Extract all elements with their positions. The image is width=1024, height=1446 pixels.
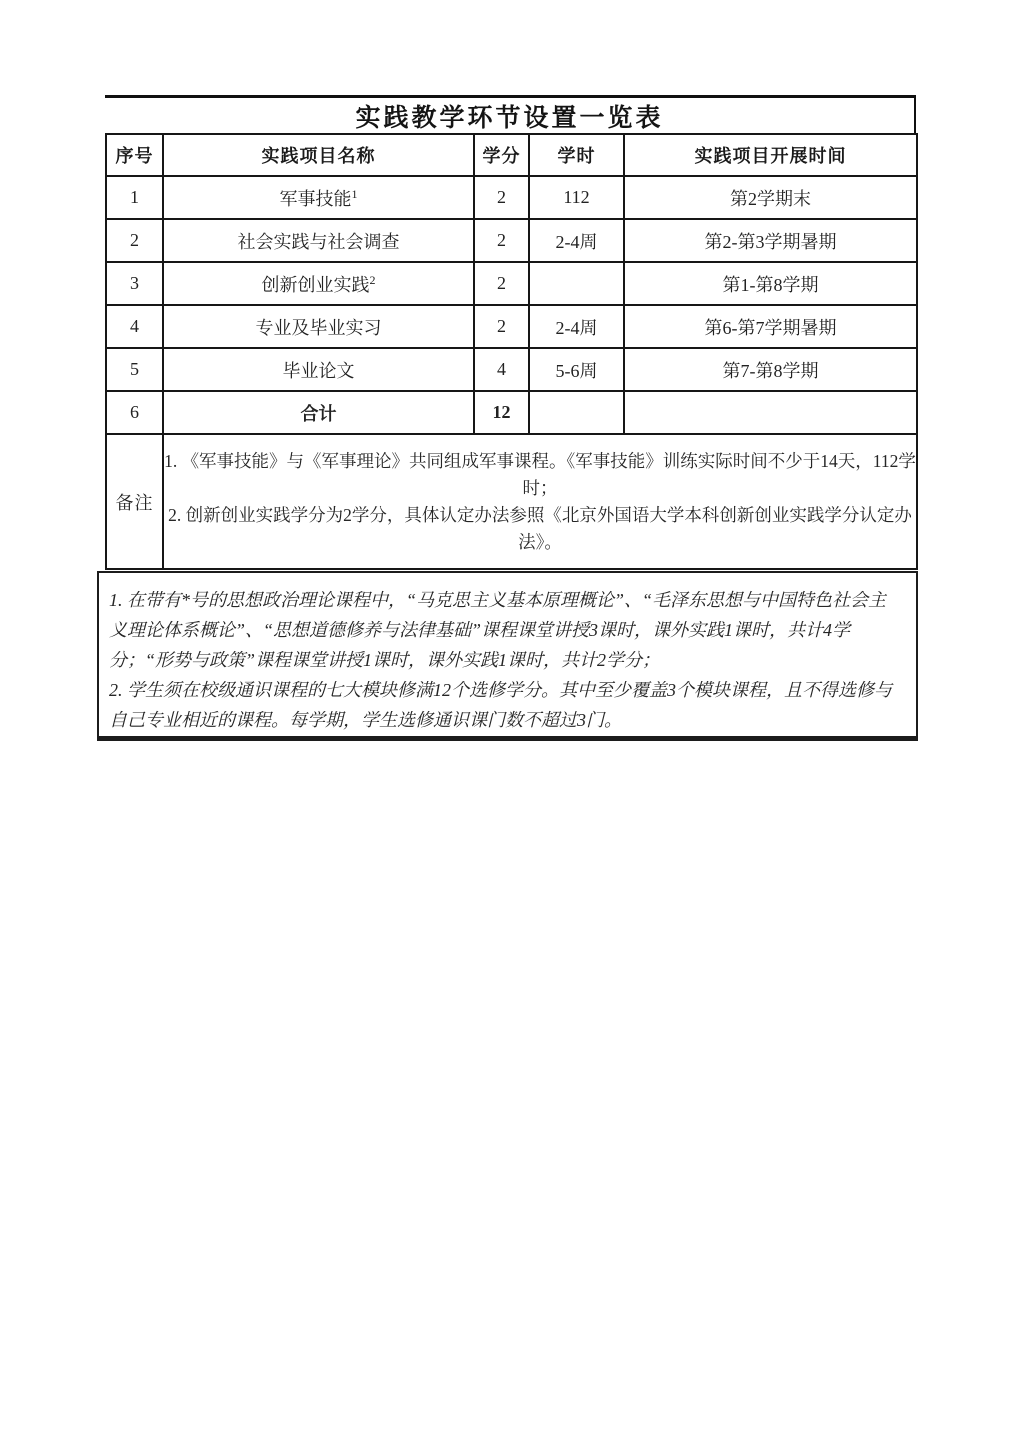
total-label-text: 合计	[301, 404, 337, 424]
footnotes-box: 1. 在带有*号的思想政治理论课程中，“马克思主义基本原理概论”、“毛泽东思想与…	[97, 571, 918, 741]
footnote-marker: 2	[370, 273, 376, 287]
footnote-item-2: 2. 学生须在校级通识课程的七大模块修满12个选修学分。其中至少覆盖3个模块课程…	[109, 675, 904, 735]
hours-value	[529, 262, 624, 305]
project-name-text: 创新创业实践	[262, 275, 370, 295]
column-header-time: 实践项目开展时间	[624, 134, 917, 176]
row-number: 6	[106, 391, 163, 434]
row-number: 4	[106, 305, 163, 348]
total-label: 合计	[163, 391, 474, 434]
table-row: 2 社会实践与社会调查 2 2-4周 第2-第3学期暑期	[106, 219, 917, 262]
credits-value: 4	[474, 348, 529, 391]
credits-value: 2	[474, 219, 529, 262]
project-name: 军事技能1	[163, 176, 474, 219]
project-name-text: 军事技能	[280, 189, 352, 209]
hours-value: 112	[529, 176, 624, 219]
remarks-content: 1. 《军事技能》与《军事理论》共同组成军事课程。《军事技能》训练实际时间不少于…	[163, 434, 917, 569]
time-value	[624, 391, 917, 434]
table-row: 4 专业及毕业实习 2 2-4周 第6-第7学期暑期	[106, 305, 917, 348]
credits-value: 2	[474, 176, 529, 219]
hours-value: 2-4周	[529, 219, 624, 262]
total-credits-value: 12	[474, 391, 529, 434]
time-value: 第2学期末	[624, 176, 917, 219]
row-number: 3	[106, 262, 163, 305]
page-title: 实践教学环节设置一览表	[105, 95, 916, 133]
project-name: 创新创业实践2	[163, 262, 474, 305]
row-number: 2	[106, 219, 163, 262]
column-header-no: 序号	[106, 134, 163, 176]
column-header-credits: 学分	[474, 134, 529, 176]
remark-item-1: 1. 《军事技能》与《军事理论》共同组成军事课程。《军事技能》训练实际时间不少于…	[164, 448, 916, 502]
table-row: 3 创新创业实践2 2 第1-第8学期	[106, 262, 917, 305]
table-row-total: 6 合计 12	[106, 391, 917, 434]
time-value: 第2-第3学期暑期	[624, 219, 917, 262]
time-value: 第7-第8学期	[624, 348, 917, 391]
project-name-text: 专业及毕业实习	[256, 318, 382, 338]
footnote-item-1: 1. 在带有*号的思想政治理论课程中，“马克思主义基本原理概论”、“毛泽东思想与…	[109, 585, 904, 675]
column-header-hours: 学时	[529, 134, 624, 176]
project-name: 专业及毕业实习	[163, 305, 474, 348]
row-number: 1	[106, 176, 163, 219]
practice-teaching-table: 序号 实践项目名称 学分 学时 实践项目开展时间 1 军事技能1 2 112 第…	[105, 133, 918, 570]
project-name-text: 毕业论文	[283, 361, 355, 381]
footnote-marker: 1	[352, 187, 358, 201]
column-header-project-name: 实践项目名称	[163, 134, 474, 176]
hours-value	[529, 391, 624, 434]
project-name: 毕业论文	[163, 348, 474, 391]
project-name-text: 社会实践与社会调查	[238, 232, 400, 252]
table-row: 1 军事技能1 2 112 第2学期末	[106, 176, 917, 219]
remarks-row: 备注 1. 《军事技能》与《军事理论》共同组成军事课程。《军事技能》训练实际时间…	[106, 434, 917, 569]
hours-value: 5-6周	[529, 348, 624, 391]
time-value: 第1-第8学期	[624, 262, 917, 305]
remarks-label: 备注	[106, 434, 163, 569]
table-row: 5 毕业论文 4 5-6周 第7-第8学期	[106, 348, 917, 391]
credits-value: 2	[474, 262, 529, 305]
table-header-row: 序号 实践项目名称 学分 学时 实践项目开展时间	[106, 134, 917, 176]
remark-item-2: 2. 创新创业实践学分为2学分，具体认定办法参照《北京外国语大学本科创新创业实践…	[164, 502, 916, 556]
row-number: 5	[106, 348, 163, 391]
time-value: 第6-第7学期暑期	[624, 305, 917, 348]
project-name: 社会实践与社会调查	[163, 219, 474, 262]
credits-value: 2	[474, 305, 529, 348]
hours-value: 2-4周	[529, 305, 624, 348]
